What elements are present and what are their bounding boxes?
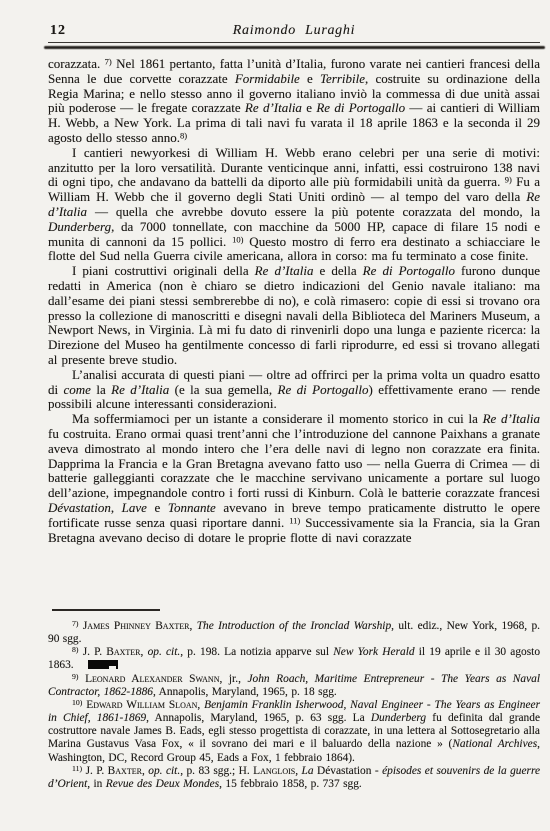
text-segment: , 15 febbraio 1858, p. 737 sgg.	[219, 778, 362, 790]
text-segment: furono dunque redatti in America (non è …	[48, 263, 540, 367]
body-paragraph: Ma soffermiamoci per un istante a consid…	[48, 412, 540, 545]
footnotes-block: 7) James Phinney Baxter, The Introductio…	[48, 620, 540, 791]
text-segment: Ma soffermiamoci per un istante a consid…	[72, 411, 483, 426]
body-paragraph: corazzata. 7) Nel 1861 pertanto, fatta l…	[48, 57, 540, 146]
text-segment: e della	[313, 263, 362, 278]
text-segment: The Introduction of the Ironclad Warship	[197, 620, 391, 632]
footnote-item: 10) Edward William Sloan, Benjamin Frank…	[48, 699, 540, 765]
footnote-number: 9)	[72, 672, 79, 681]
text-segment: la	[91, 382, 111, 397]
text-segment: La	[302, 765, 314, 777]
footnote-number: 7)	[72, 619, 79, 628]
body-text: corazzata. 7) Nel 1861 pertanto, fatta l…	[48, 57, 540, 545]
footnote-number: 10)	[72, 698, 82, 707]
text-segment: Dunderberg	[48, 219, 111, 234]
text-segment: e	[300, 71, 320, 86]
body-paragraph: L’analisi accurata di questi piani — olt…	[48, 368, 540, 412]
running-head-title: Raimondo Luraghi	[48, 23, 540, 39]
text-segment: , Annapolis, Maryland, 1965, p. 18 sgg.	[153, 686, 337, 698]
text-segment: Dunderberg	[371, 712, 426, 724]
book-page: 12 Raimondo Luraghi corazzata. 7) Nel 18…	[0, 0, 550, 831]
footnote-ref: 7)	[105, 57, 112, 67]
text-segment: I cantieri newyorkesi di William H. Webb…	[48, 145, 540, 190]
text-segment: come	[64, 382, 91, 397]
footnote-item: 9) Leonard Alexander Swann, jr., John Ro…	[48, 673, 540, 699]
footnote-ref: 10)	[232, 234, 243, 244]
text-segment: , Annapolis, Maryland, 1965, p. 63 sgg. …	[146, 712, 371, 724]
footnote-number: 8)	[72, 645, 79, 654]
text-segment: Dévastation -	[314, 765, 383, 777]
text-segment: Langlois	[253, 765, 295, 777]
text-segment: (e la sua gemella,	[169, 382, 277, 397]
text-segment: corazzata.	[48, 56, 105, 71]
text-segment: Lave	[122, 500, 147, 515]
text-segment: ,	[189, 620, 196, 632]
text-segment: New York Herald	[333, 646, 414, 658]
footnote-item: 8) J. P. Baxter, op. cit., p. 198. La no…	[48, 646, 540, 672]
footnote-number: 11)	[72, 764, 82, 773]
header-rule-thick	[44, 46, 545, 49]
ink-blot	[88, 660, 118, 669]
text-segment: Re d’Italia	[483, 411, 540, 426]
text-segment: Terribile	[320, 71, 365, 86]
text-segment: — quella che avrebbe dovuto essere la pi…	[87, 204, 540, 219]
text-segment: Re di Portogallo	[278, 382, 369, 397]
footnote-ref: 8)	[180, 130, 187, 140]
text-segment: Re di Portogallo	[363, 263, 455, 278]
text-segment: Tonnante	[168, 500, 216, 515]
text-segment: op. cit.	[148, 765, 180, 777]
text-segment: e	[147, 500, 168, 515]
body-paragraph: I cantieri newyorkesi di William H. Webb…	[48, 146, 540, 264]
text-segment: Re d’Italia	[255, 263, 314, 278]
text-segment: ,	[141, 646, 148, 658]
text-segment: Formidabile	[235, 71, 300, 86]
text-segment: Edward William Sloan	[86, 699, 197, 711]
text-segment: , in	[87, 778, 106, 790]
text-segment: James Phinney Baxter	[83, 620, 190, 632]
text-segment: ,	[111, 500, 122, 515]
text-segment: Leonard Alexander Swann	[85, 673, 219, 685]
footnote-separator-rule	[52, 609, 160, 611]
text-segment: National Archives	[452, 738, 537, 750]
text-segment: Revue des Deux Mondes	[106, 778, 219, 790]
text-segment: Re d’Italia	[111, 382, 169, 397]
text-segment: I piani costruttivi originali della	[72, 263, 255, 278]
page-header: 12 Raimondo Luraghi	[48, 23, 540, 41]
text-segment: op. cit.	[148, 646, 181, 658]
text-segment: Dévastation	[48, 500, 111, 515]
text-segment: , p. 198. La notizia apparve sul	[180, 646, 333, 658]
text-segment: J. P. Baxter	[86, 765, 142, 777]
text-segment: J. P. Baxter	[83, 646, 141, 658]
text-segment: e	[302, 100, 316, 115]
header-rule-thin	[48, 42, 540, 43]
text-segment: Re d’Italia	[245, 100, 302, 115]
text-segment: Re di Portogallo	[316, 100, 405, 115]
footnote-item: 7) James Phinney Baxter, The Introductio…	[48, 620, 540, 646]
footnote-ref: 9)	[505, 175, 512, 185]
text-segment: fu costruita. Erano ormai quasi trent’an…	[48, 426, 540, 500]
footnote-item: 11) J. P. Baxter, op. cit., p. 83 sgg.; …	[48, 765, 540, 791]
footnote-ref: 11)	[289, 515, 300, 525]
body-paragraph: I piani costruttivi originali della Re d…	[48, 264, 540, 368]
text-segment: , jr.,	[220, 673, 248, 685]
text-segment: , p. 83 sgg.; H.	[180, 765, 253, 777]
